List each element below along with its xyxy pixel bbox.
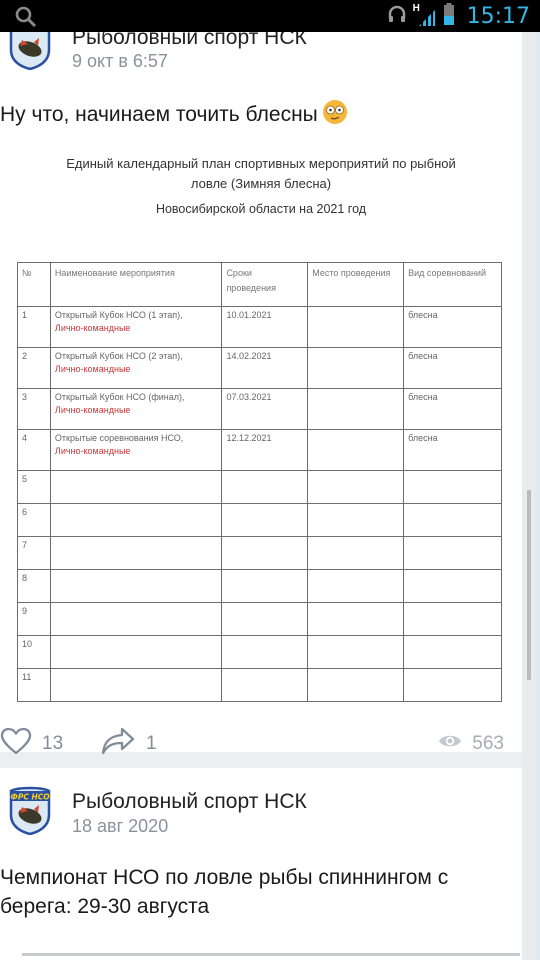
eye-icon <box>438 733 462 755</box>
cell-name: Открытые соревнования НСО,Лично-командны… <box>50 430 222 471</box>
table-row: 3Открытый Кубок НСО (финал),Лично-команд… <box>18 389 502 430</box>
post-card: Рыболовный спорт НСК 9 окт в 6:57 Ну что… <box>0 32 522 752</box>
cell-place <box>308 471 404 504</box>
cell-note: Лично-командные <box>55 446 218 456</box>
cell-number: 7 <box>18 537 51 570</box>
table-row: 9 <box>18 603 502 636</box>
cell-name <box>50 471 222 504</box>
cell-number: 6 <box>18 504 51 537</box>
cell-name <box>50 570 222 603</box>
search-icon[interactable] <box>14 5 38 34</box>
cell-place <box>308 603 404 636</box>
cell-date <box>222 636 308 669</box>
cell-place <box>308 669 404 702</box>
post-text-content: Ну что, начинаем точить блесны <box>0 103 318 126</box>
cell-type <box>404 669 502 702</box>
table-row: 1Открытый Кубок НСО (1 этап),Лично-коман… <box>18 307 502 348</box>
cell-place <box>308 570 404 603</box>
cell-number: 1 <box>18 307 51 348</box>
status-bar: H 15:17 <box>0 0 540 32</box>
cell-date: 07.03.2021 <box>222 389 308 430</box>
cell-name: Открытый Кубок НСО (2 этап),Лично-команд… <box>50 348 222 389</box>
cell-number: 2 <box>18 348 51 389</box>
cell-place <box>308 389 404 430</box>
cell-type: блесна <box>404 307 502 348</box>
post-text: Чемпионат НСО по ловле рыбы спиннингом с… <box>0 863 448 921</box>
avatar-badge-text: ФРС НСО <box>10 793 50 802</box>
cell-name: Открытый Кубок НСО (финал),Лично-командн… <box>50 389 222 430</box>
post-card: ФРС НСО Рыболовный спорт НСК 18 авг 2020… <box>0 768 522 960</box>
views-counter: 563 <box>438 722 504 766</box>
cell-place <box>308 430 404 471</box>
feed-gutter <box>522 32 540 960</box>
share-icon <box>100 726 136 762</box>
truncated-text <box>0 952 14 960</box>
post-date[interactable]: 18 авг 2020 <box>72 816 168 837</box>
like-count: 13 <box>42 733 63 755</box>
cell-place <box>308 537 404 570</box>
table-row: 11 <box>18 669 502 702</box>
table-row: 5 <box>18 471 502 504</box>
horizontal-scrollbar[interactable] <box>22 953 520 956</box>
cell-type <box>404 471 502 504</box>
cell-name <box>50 603 222 636</box>
flushed-face-icon <box>322 99 348 133</box>
cell-date <box>222 537 308 570</box>
cell-name <box>50 537 222 570</box>
cell-type: блесна <box>404 389 502 430</box>
attached-document-image[interactable]: Единый календарный план спортивных мероп… <box>0 172 522 732</box>
cell-number: 3 <box>18 389 51 430</box>
cell-type: блесна <box>404 430 502 471</box>
cell-place <box>308 307 404 348</box>
post-text: Ну что, начинаем точить блесны <box>0 99 348 133</box>
cell-number: 11 <box>18 669 51 702</box>
cell-place <box>308 504 404 537</box>
cell-type <box>404 636 502 669</box>
post-date[interactable]: 9 окт в 6:57 <box>72 51 168 72</box>
headphones-icon <box>387 4 407 29</box>
cell-date <box>222 570 308 603</box>
avatar[interactable]: ФРС НСО <box>8 785 52 833</box>
cell-date: 12.12.2021 <box>222 430 308 471</box>
cell-name <box>50 504 222 537</box>
col-name: Наименование мероприятия <box>50 263 222 307</box>
cell-name <box>50 636 222 669</box>
cell-name: Открытый Кубок НСО (1 этап),Лично-команд… <box>50 307 222 348</box>
scrollbar[interactable] <box>527 490 531 680</box>
clock: 15:17 <box>467 4 530 29</box>
cell-date <box>222 471 308 504</box>
cell-date <box>222 603 308 636</box>
table-row: 4Открытые соревнования НСО,Лично-командн… <box>18 430 502 471</box>
table-header: № Наименование мероприятия Сроки проведе… <box>18 263 502 307</box>
doc-subtitle: Новосибирской области на 2021 год <box>0 202 522 216</box>
table-row: 8 <box>18 570 502 603</box>
share-button[interactable]: 1 <box>100 722 157 766</box>
cell-date <box>222 504 308 537</box>
cell-date: 14.02.2021 <box>222 348 308 389</box>
cell-number: 9 <box>18 603 51 636</box>
cell-name <box>50 669 222 702</box>
post-text-line: Чемпионат НСО по ловле рыбы спиннингом с <box>0 863 448 892</box>
table-row: 7 <box>18 537 502 570</box>
table-row: 10 <box>18 636 502 669</box>
events-table: № Наименование мероприятия Сроки проведе… <box>17 262 502 702</box>
post-actions: 13 1 563 <box>0 722 522 766</box>
cell-number: 4 <box>18 430 51 471</box>
cell-number: 10 <box>18 636 51 669</box>
cell-type: блесна <box>404 348 502 389</box>
col-number: № <box>18 263 51 307</box>
like-button[interactable]: 13 <box>0 722 63 766</box>
cell-place <box>308 348 404 389</box>
cell-place <box>308 636 404 669</box>
view-count: 563 <box>472 733 504 755</box>
cell-date: 10.01.2021 <box>222 307 308 348</box>
cell-type <box>404 570 502 603</box>
cell-note: Лично-командные <box>55 364 218 374</box>
doc-title: Единый календарный план спортивных мероп… <box>0 154 522 194</box>
battery-icon <box>443 2 455 31</box>
table-row: 6 <box>18 504 502 537</box>
cell-type <box>404 603 502 636</box>
col-type: Вид соревнований <box>404 263 502 307</box>
share-count: 1 <box>146 733 157 755</box>
heart-icon <box>0 727 32 761</box>
cell-type <box>404 537 502 570</box>
signal-icon: H <box>413 4 437 28</box>
post-text-line: берега: 29-30 августа <box>0 892 448 921</box>
col-place: Место проведения <box>308 263 404 307</box>
cell-type <box>404 504 502 537</box>
cell-note: Лично-командные <box>55 323 218 333</box>
cell-number: 8 <box>18 570 51 603</box>
col-dates: Сроки проведения <box>222 263 308 307</box>
author-name[interactable]: Рыболовный спорт НСК <box>72 790 307 814</box>
cell-number: 5 <box>18 471 51 504</box>
cell-date <box>222 669 308 702</box>
table-row: 2Открытый Кубок НСО (2 этап),Лично-коман… <box>18 348 502 389</box>
cell-note: Лично-командные <box>55 405 218 415</box>
